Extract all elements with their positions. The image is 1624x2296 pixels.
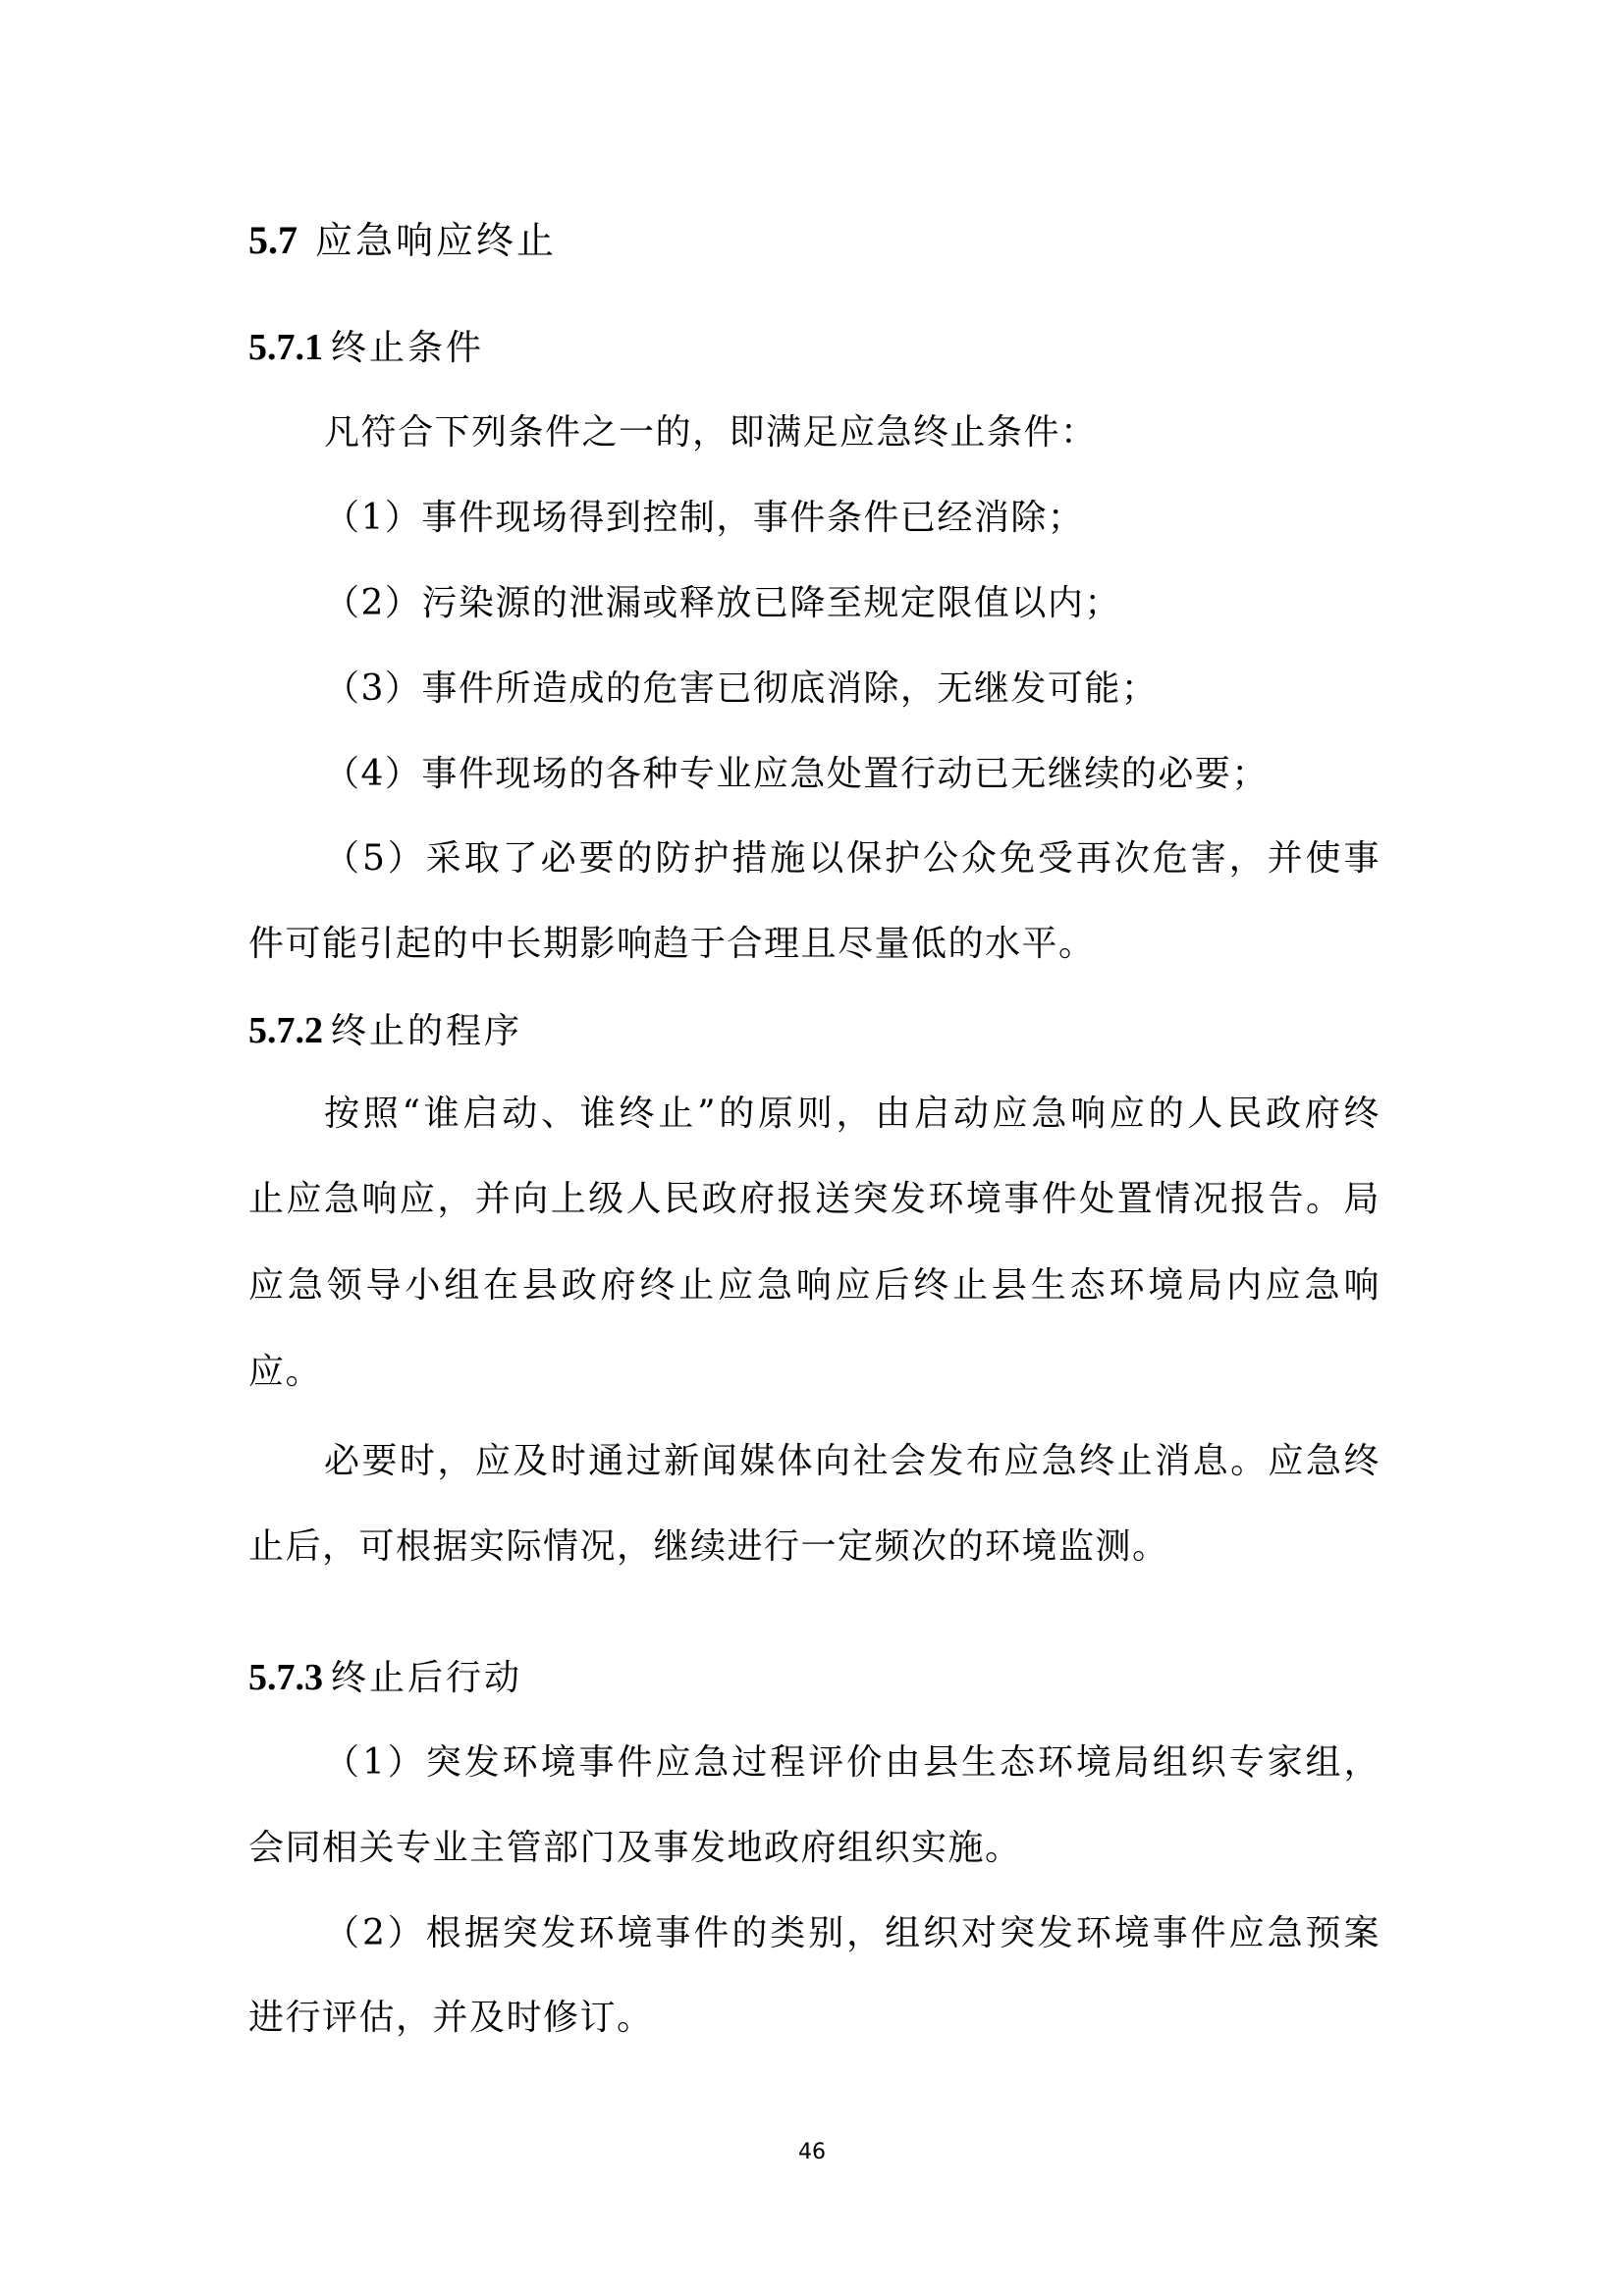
list-item: （2）根据突发环境事件的类别，组织对突发环境事件应急预案 xyxy=(324,1910,1380,1957)
section-heading: 5.7应急响应终止 xyxy=(248,216,557,265)
paragraph-line: 应。 xyxy=(248,1349,322,1396)
subsection-title: 终止的程序 xyxy=(331,1011,522,1051)
paragraph-line: 止应急响应，并向上级人民政府报送突发环境事件处置情况报告。局 xyxy=(248,1176,1380,1223)
subsection-number: 5.7.2 xyxy=(248,1010,323,1051)
paragraph-line: 必要时，应及时通过新闻媒体向社会发布应急终止消息。应急终 xyxy=(324,1438,1380,1485)
subsection-number: 5.7.1 xyxy=(248,327,323,368)
list-item-continuation: 进行评估，并及时修订。 xyxy=(248,1995,654,2042)
list-item: （4）事件现场的各种专业应急处置行动已无继续的必要； xyxy=(324,751,1269,798)
page-number: 46 xyxy=(0,2138,1624,2167)
subsection-title: 终止后行动 xyxy=(331,1658,522,1698)
section-title: 应急响应终止 xyxy=(315,219,557,262)
list-item: （2）污染源的泄漏或释放已降至规定限值以内； xyxy=(324,580,1121,627)
subsection-number: 5.7.3 xyxy=(248,1657,323,1698)
paragraph-line: 按照“谁启动、谁终止”的原则，由启动应急响应的人民政府终 xyxy=(324,1091,1380,1138)
section-number: 5.7 xyxy=(248,218,298,262)
list-item: （3）事件所造成的危害已彻底消除，无继发可能； xyxy=(324,666,1158,713)
paragraph-line: 应急领导小组在县政府终止应急响应后终止县生态环境局内应急响 xyxy=(248,1262,1380,1309)
subsection-heading-5-7-2: 5.7.2终止的程序 xyxy=(248,1006,522,1055)
list-item-continuation: 件可能引起的中长期影响趋于合理且尽量低的水平。 xyxy=(248,921,1096,968)
subsection-title: 终止条件 xyxy=(331,328,484,368)
paragraph-line: 凡符合下列条件之一的，即满足应急终止条件： xyxy=(324,409,1098,456)
document-page: 5.7应急响应终止 5.7.1终止条件 凡符合下列条件之一的，即满足应急终止条件… xyxy=(0,0,1624,2296)
subsection-heading-5-7-1: 5.7.1终止条件 xyxy=(248,323,484,372)
list-item: （5）采取了必要的防护措施以保护公众免受再次危害，并使事 xyxy=(324,835,1380,882)
list-item: （1）事件现场得到控制，事件条件已经消除； xyxy=(324,495,1084,542)
list-item: （1）突发环境事件应急过程评价由县生态环境局组织专家组， xyxy=(324,1739,1380,1787)
paragraph-line: 止后，可根据实际情况，继续进行一定频次的环境监测。 xyxy=(248,1523,1169,1571)
list-item-continuation: 会同相关专业主管部门及事发地政府组织实施。 xyxy=(248,1825,1022,1872)
subsection-heading-5-7-3: 5.7.3终止后行动 xyxy=(248,1653,522,1702)
